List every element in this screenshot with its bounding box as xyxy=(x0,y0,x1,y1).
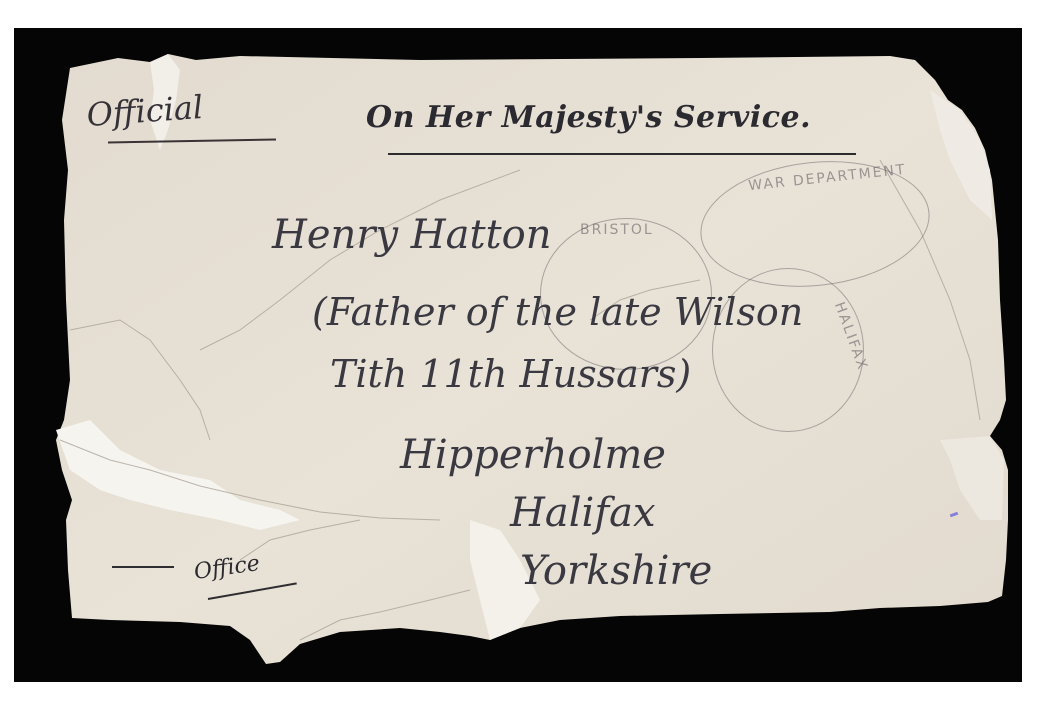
address-line: Tith 11th Hussars) xyxy=(330,352,691,396)
address-line: (Father of the late Wilson xyxy=(312,290,803,334)
address-line: Halifax xyxy=(510,490,656,536)
printed-header: On Her Majesty's Service. xyxy=(366,100,811,135)
corner-annotation: Official xyxy=(85,88,204,134)
header-underline xyxy=(388,153,856,155)
office-rule xyxy=(112,566,174,568)
address-line: Yorkshire xyxy=(520,548,712,594)
address-line: Hipperholme xyxy=(400,432,666,478)
address-line: Henry Hatton xyxy=(272,212,551,258)
postmark-text: BRISTOL xyxy=(580,222,654,238)
